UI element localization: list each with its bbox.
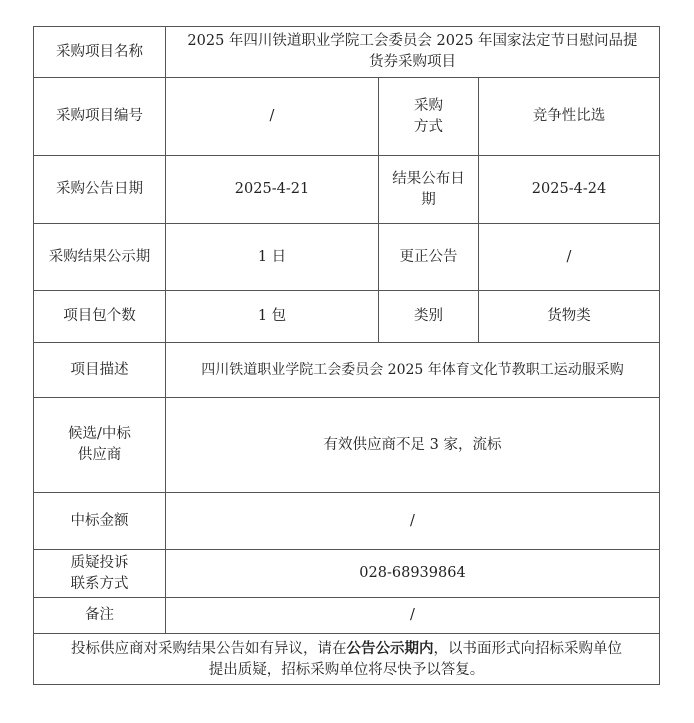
- table-row: 中标金额 /: [34, 493, 660, 550]
- label-project-number: 采购项目编号: [34, 78, 166, 156]
- procurement-result-table: 采购项目名称 2025 年四川铁道职业学院工会委员会 2025 年国家法定节日慰…: [33, 26, 660, 685]
- value-procurement-method: 竞争性比选: [479, 78, 660, 156]
- footer-note: 投标供应商对采购结果公告如有异议，请在公告公示期内，以书面形式向招标采购单位 提…: [34, 634, 660, 685]
- footer-note-emphasis: 公告公示期内: [347, 640, 434, 657]
- label-announcement-date: 采购公告日期: [34, 156, 166, 224]
- value-project-number: /: [166, 78, 379, 156]
- procurement-method-line1: 采购: [383, 96, 474, 117]
- value-publicity-period: 1 日: [166, 224, 379, 291]
- winning-supplier-line2: 供应商: [38, 445, 161, 466]
- label-winning-amount: 中标金额: [34, 493, 166, 550]
- complaint-contact-line1: 质疑投诉: [38, 553, 161, 574]
- result-date-line2: 期: [383, 190, 474, 211]
- label-category: 类别: [379, 291, 479, 343]
- value-complaint-contact: 028-68939864: [166, 550, 660, 598]
- label-project-name: 采购项目名称: [34, 27, 166, 78]
- complaint-contact-line2: 联系方式: [38, 574, 161, 595]
- value-winning-supplier: 有效供应商不足 3 家，流标: [166, 398, 660, 493]
- table-row: 采购公告日期 2025-4-21 结果公布日 期 2025-4-24: [34, 156, 660, 224]
- label-project-description: 项目描述: [34, 343, 166, 398]
- label-result-date: 结果公布日 期: [379, 156, 479, 224]
- value-project-name: 2025 年四川铁道职业学院工会委员会 2025 年国家法定节日慰问品提 货券采…: [166, 27, 660, 78]
- result-date-line1: 结果公布日: [383, 169, 474, 190]
- table-row: 采购项目编号 / 采购 方式 竞争性比选: [34, 78, 660, 156]
- label-winning-supplier: 候选/中标 供应商: [34, 398, 166, 493]
- project-name-line1: 2025 年四川铁道职业学院工会委员会 2025 年国家法定节日慰问品提: [170, 31, 655, 52]
- value-winning-amount: /: [166, 493, 660, 550]
- table-row: 候选/中标 供应商 有效供应商不足 3 家，流标: [34, 398, 660, 493]
- footer-note-text: ，以书面形式向招标采购单位: [434, 641, 623, 657]
- label-remarks: 备注: [34, 598, 166, 634]
- value-category: 货物类: [479, 291, 660, 343]
- value-package-count: 1 包: [166, 291, 379, 343]
- project-name-line2: 货券采购项目: [170, 52, 655, 73]
- table-row: 项目包个数 1 包 类别 货物类: [34, 291, 660, 343]
- footer-note-text: 投标供应商对采购结果公告如有异议，请在: [71, 641, 347, 657]
- label-complaint-contact: 质疑投诉 联系方式: [34, 550, 166, 598]
- label-publicity-period: 采购结果公示期: [34, 224, 166, 291]
- value-remarks: /: [166, 598, 660, 634]
- winning-supplier-line1: 候选/中标: [38, 424, 161, 445]
- procurement-method-line2: 方式: [383, 117, 474, 138]
- label-procurement-method: 采购 方式: [379, 78, 479, 156]
- table-row: 采购结果公示期 1 日 更正公告 /: [34, 224, 660, 291]
- label-package-count: 项目包个数: [34, 291, 166, 343]
- table-row: 采购项目名称 2025 年四川铁道职业学院工会委员会 2025 年国家法定节日慰…: [34, 27, 660, 78]
- table-row: 投标供应商对采购结果公告如有异议，请在公告公示期内，以书面形式向招标采购单位 提…: [34, 634, 660, 685]
- value-result-date: 2025-4-24: [479, 156, 660, 224]
- footer-note-line2: 提出质疑，招标采购单位将尽快予以答复。: [38, 660, 655, 681]
- table-row: 质疑投诉 联系方式 028-68939864: [34, 550, 660, 598]
- label-correction-notice: 更正公告: [379, 224, 479, 291]
- footer-note-line1: 投标供应商对采购结果公告如有异议，请在公告公示期内，以书面形式向招标采购单位: [38, 638, 655, 660]
- value-project-description: 四川铁道职业学院工会委员会 2025 年体育文化节教职工运动服采购: [166, 343, 660, 398]
- table-row: 项目描述 四川铁道职业学院工会委员会 2025 年体育文化节教职工运动服采购: [34, 343, 660, 398]
- value-announcement-date: 2025-4-21: [166, 156, 379, 224]
- table-row: 备注 /: [34, 598, 660, 634]
- value-correction-notice: /: [479, 224, 660, 291]
